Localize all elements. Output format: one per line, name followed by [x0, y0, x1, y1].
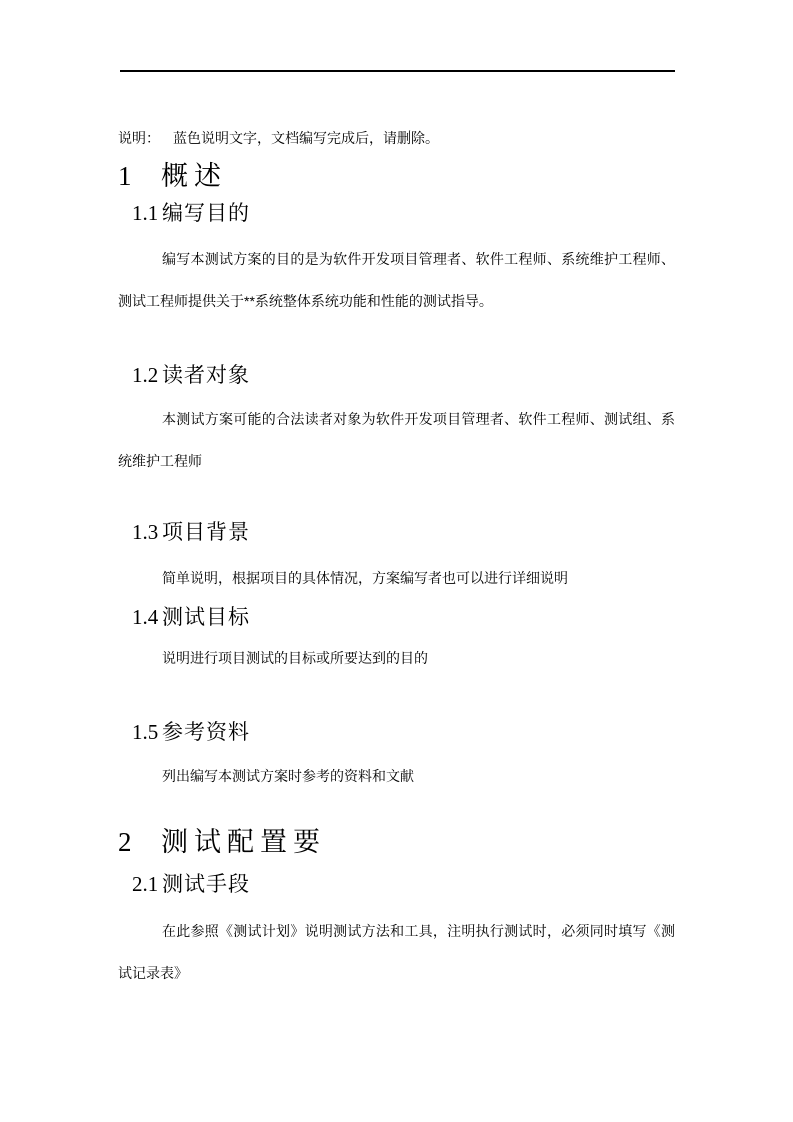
paragraph-1-4-body: 说明进行项目测试的目标或所要达到的目的	[118, 637, 675, 679]
heading-title: 编写目的	[162, 201, 250, 225]
heading-title: 参考资料	[162, 720, 250, 744]
heading-title: 概述	[161, 161, 227, 191]
heading-1-1-purpose: 1.1编写目的	[132, 200, 250, 226]
heading-number: 1.5	[132, 719, 162, 745]
heading-title: 测试目标	[162, 605, 250, 629]
heading-number: 1	[118, 160, 161, 192]
heading-number: 1.3	[132, 519, 162, 545]
heading-number: 2.1	[132, 871, 162, 897]
heading-1-overview: 1概述	[118, 160, 227, 192]
heading-2-1-test-means: 2.1测试手段	[132, 871, 250, 897]
paragraph-1-2-body: 本测试方案可能的合法读者对象为软件开发项目管理者、软件工程师、测试组、系统维护工…	[118, 398, 675, 482]
heading-title: 测试手段	[162, 872, 250, 896]
note-line: 说明：蓝色说明文字，文档编写完成后，请删除。	[118, 129, 439, 147]
paragraph-1-3-body: 简单说明，根据项目的具体情况，方案编写者也可以进行详细说明	[118, 557, 675, 599]
heading-title: 读者对象	[162, 363, 250, 387]
paragraph-2-1-body: 在此参照《测试计划》说明测试方法和工具，注明执行测试时，必须同时填写《测试记录表…	[118, 910, 675, 994]
paragraph-1-1-body: 编写本测试方案的目的是为软件开发项目管理者、软件工程师、系统维护工程师、测试工程…	[118, 238, 675, 322]
heading-number: 1.4	[132, 604, 162, 630]
heading-2-test-config: 2测试配置要	[118, 826, 326, 858]
heading-number: 2	[118, 826, 161, 858]
header-rule	[120, 70, 675, 72]
heading-1-5-references: 1.5参考资料	[132, 719, 250, 745]
heading-1-4-test-goal: 1.4测试目标	[132, 604, 250, 630]
heading-1-2-audience: 1.2读者对象	[132, 362, 250, 388]
heading-title: 项目背景	[162, 520, 250, 544]
heading-title: 测试配置要	[161, 827, 326, 857]
note-text: 蓝色说明文字，文档编写完成后，请删除。	[173, 130, 439, 146]
document-page: 说明：蓝色说明文字，文档编写完成后，请删除。 1概述 1.1编写目的 编写本测试…	[0, 0, 793, 1122]
heading-1-3-background: 1.3项目背景	[132, 519, 250, 545]
paragraph-1-5-body: 列出编写本测试方案时参考的资料和文献	[118, 755, 675, 797]
heading-number: 1.2	[132, 362, 162, 388]
heading-number: 1.1	[132, 200, 162, 226]
note-label: 说明：	[118, 130, 160, 146]
